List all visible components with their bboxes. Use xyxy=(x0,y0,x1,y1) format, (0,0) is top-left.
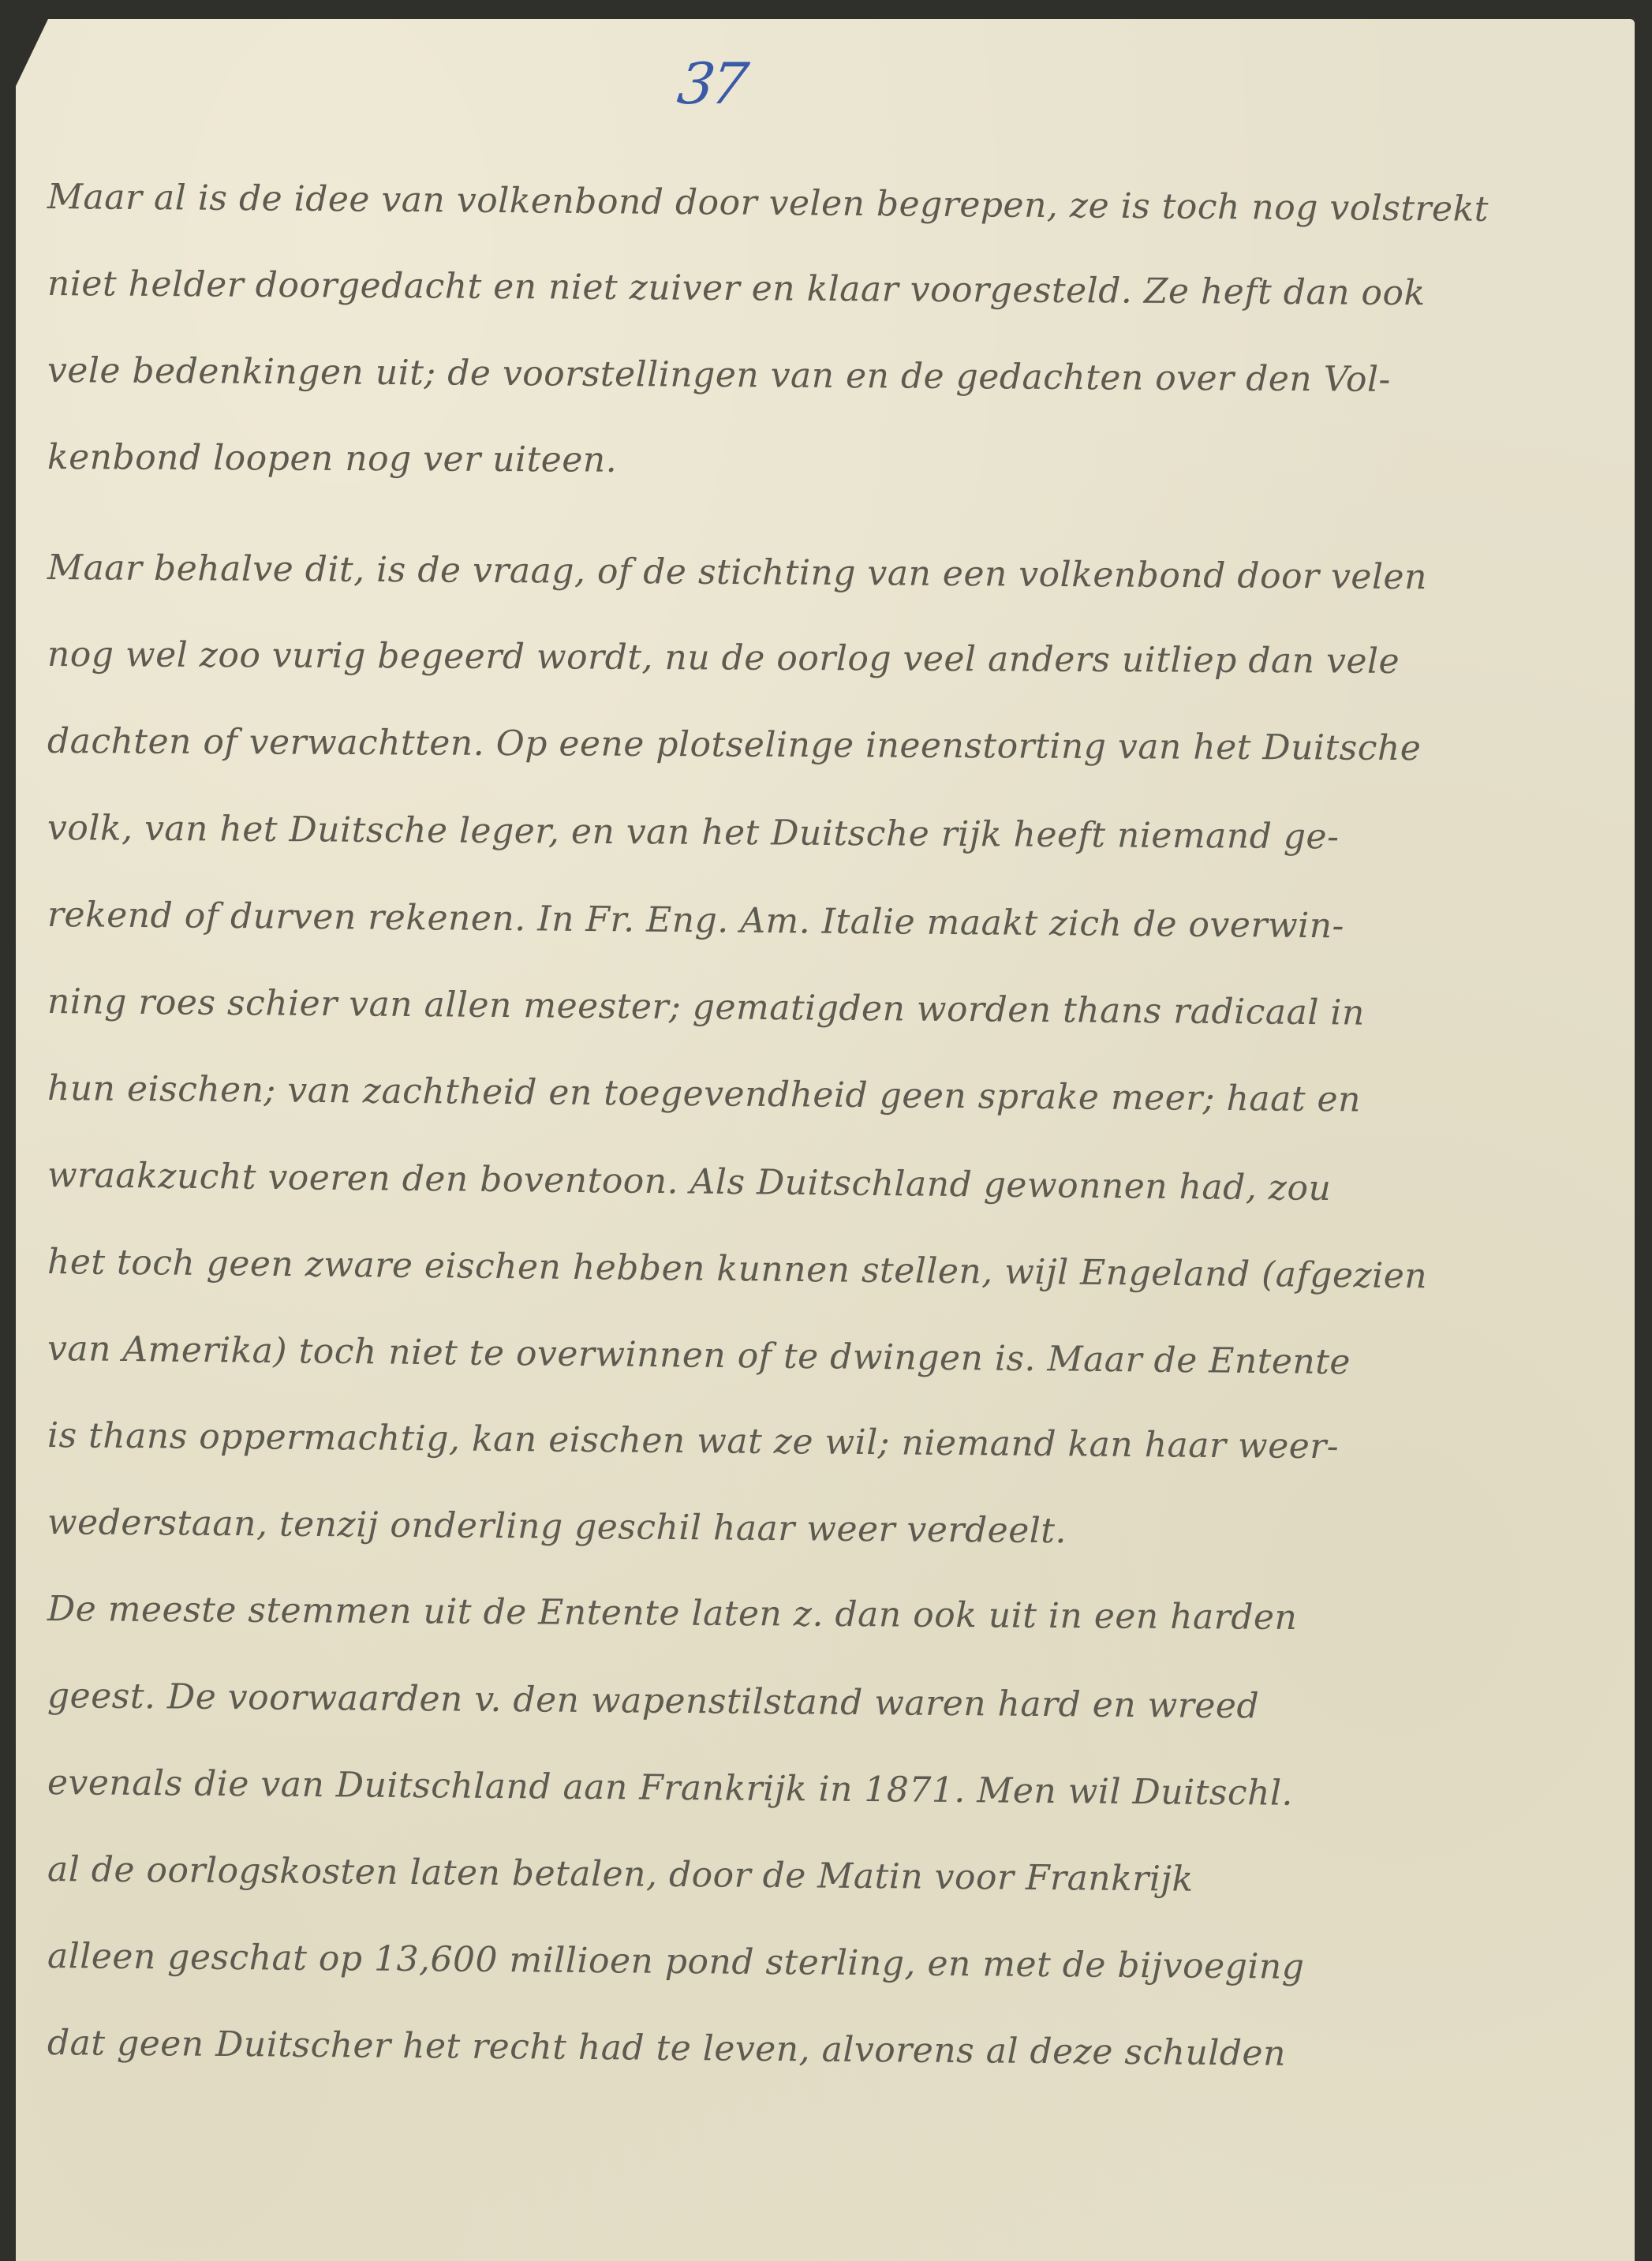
page-number: 37 xyxy=(674,50,749,117)
text-line: wraakzucht voeren den boventoon. Als Dui… xyxy=(47,1152,1604,1216)
text-line: hun eischen; van zachtheid en toegevendh… xyxy=(47,1065,1603,1126)
text-line: evenals die van Duitschland aan Frankrij… xyxy=(47,1759,1603,1820)
text-line: wederstaan, tenzij onderling geschil haa… xyxy=(47,1499,1603,1560)
text-line: geest. De voorwaarden v. den wapenstilst… xyxy=(47,1672,1603,1733)
text-line: kenbond loopen nog ver uiteen. xyxy=(47,434,1603,489)
text-line: volk, van het Duitsche leger, en van het… xyxy=(47,805,1603,863)
text-line: De meeste stemmen uit de Entente laten z… xyxy=(47,1586,1603,1644)
text-line: van Amerika) toch niet te overwinnen of … xyxy=(47,1325,1604,1389)
text-line: Maar behalve dit, is de vraag, of de sti… xyxy=(47,544,1603,603)
text-line: dat geen Duitscher het recht had te leve… xyxy=(47,2020,1603,2080)
text-line: rekend of durven rekenen. In Fr. Eng. Am… xyxy=(47,891,1603,952)
manuscript-page: 37 Maar al is de idee van volkenbond doo… xyxy=(16,19,1635,2261)
text-line: ning roes schier van allen meester; gema… xyxy=(47,978,1603,1039)
text-line: alleen geschat op 13,600 millioen pond s… xyxy=(47,1933,1603,1994)
text-line: al de oorlogskosten laten betalen, door … xyxy=(47,1846,1603,1907)
text-line: het toch geen zware eischen hebben kunne… xyxy=(47,1239,1604,1302)
text-line: nog wel zoo vurig begeerd wordt, nu de o… xyxy=(47,631,1603,686)
text-line: niet helder doorgedacht en niet zuiver e… xyxy=(47,260,1603,319)
text-line: Maar al is de idee van volkenbond door v… xyxy=(47,174,1603,234)
text-line: is thans oppermachtig, kan eischen wat z… xyxy=(47,1412,1603,1473)
text-line: dachten of verwachtten. Op eene plotseli… xyxy=(47,718,1603,773)
text-line: vele bedenkingen uit; de voorstellingen … xyxy=(47,347,1603,405)
